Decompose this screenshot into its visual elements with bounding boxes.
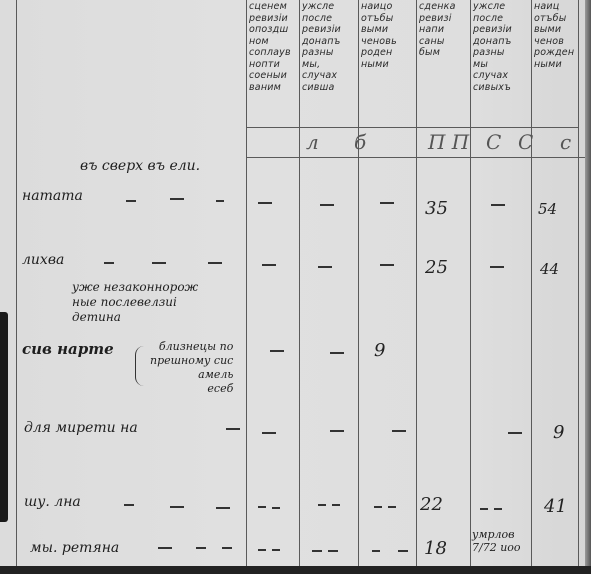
row-7-dash bbox=[196, 547, 206, 549]
row-label-1: натата bbox=[22, 188, 83, 204]
row-1-value-1 bbox=[320, 204, 334, 206]
row-7-dash bbox=[158, 547, 172, 549]
row-6-value-5b bbox=[494, 508, 502, 510]
row-label-2: лихва bbox=[22, 252, 64, 268]
column-letter-5: С bbox=[518, 130, 533, 154]
row-label-7: мы. ретяна bbox=[30, 540, 119, 556]
row-2-value-6: 44 bbox=[540, 260, 559, 278]
column-letter-2: б bbox=[354, 130, 366, 154]
document-page: сценем ревизіи опоздш ном соплаув нопти … bbox=[0, 0, 591, 566]
row-6-value-6: 41 bbox=[544, 496, 567, 517]
row-7-value-0b bbox=[272, 549, 280, 551]
header-col-4: сденка ревизі напи саны бым bbox=[417, 0, 470, 126]
row-6-value-4: 22 bbox=[420, 494, 443, 515]
scan-edge-shadow-left bbox=[0, 312, 8, 522]
row-1-value-4: 35 bbox=[425, 198, 448, 219]
column-divider-6 bbox=[578, 0, 579, 566]
bracket-brace bbox=[135, 346, 144, 386]
row-4-value-1 bbox=[330, 352, 344, 354]
row-label-4: сив нарте bbox=[22, 340, 114, 358]
row-5-value-2 bbox=[392, 430, 406, 432]
row-6-value-1b bbox=[332, 504, 340, 506]
row-2-value-2 bbox=[380, 264, 394, 266]
section-heading: въ сверх въ ели. bbox=[80, 158, 200, 174]
row-6-value-0b bbox=[272, 507, 280, 509]
left-margin-line bbox=[16, 0, 17, 566]
row-4-value-0 bbox=[270, 350, 284, 352]
row-1-value-5 bbox=[491, 204, 505, 206]
row-7-value-2 bbox=[372, 550, 380, 552]
row-1-dash bbox=[170, 198, 184, 200]
header-col-5: ужсле после ревизіи донапъ разны мы случ… bbox=[471, 0, 531, 126]
row-7-note: умрлов 7/72 иоо bbox=[472, 528, 521, 554]
row-1-dash bbox=[258, 202, 272, 204]
row-7-value-1b bbox=[328, 550, 338, 552]
row-1-value-6: 54 bbox=[538, 200, 557, 218]
row-2-value-0 bbox=[262, 264, 276, 266]
row-2-dash bbox=[152, 262, 166, 264]
row-label-5: для мирети на bbox=[24, 420, 138, 436]
row-6-value-2 bbox=[374, 506, 382, 508]
header-col-3: наицо отъбы выми ченовь роден ными bbox=[359, 0, 416, 126]
bracket-note: близнецы по прешному сис амель есеб bbox=[150, 340, 233, 396]
row-7-value-1 bbox=[312, 550, 322, 552]
row-6-value-5 bbox=[480, 508, 488, 510]
row-2-dash bbox=[208, 262, 222, 264]
scan-edge-shadow-right bbox=[585, 0, 591, 566]
row-7-dash bbox=[222, 547, 232, 549]
row-6-value-2b bbox=[388, 506, 396, 508]
row-6-dash bbox=[170, 506, 184, 508]
row-5-value-6: 9 bbox=[553, 422, 564, 443]
row-label-6: шу. лна bbox=[24, 494, 81, 510]
column-letter-3: П П bbox=[428, 130, 469, 154]
row-7-value-4: 18 bbox=[424, 538, 447, 559]
row-5-value-0 bbox=[262, 432, 276, 434]
header-col-6: наиц отъбы выми ченов рожден ными bbox=[532, 0, 578, 126]
row-1-value-2 bbox=[380, 202, 394, 204]
row-4-value-2: 9 bbox=[374, 340, 385, 361]
column-letter-6: с bbox=[560, 130, 571, 154]
row-1-dash bbox=[216, 200, 224, 202]
row-6-dash bbox=[124, 504, 134, 506]
row-6-value-1 bbox=[318, 504, 326, 506]
row-2-value-5 bbox=[490, 266, 504, 268]
scan-bottom-border bbox=[0, 566, 591, 574]
row-2-value-4: 25 bbox=[425, 257, 448, 278]
row-1-dash bbox=[126, 200, 136, 202]
row-5-value-4 bbox=[508, 432, 522, 434]
row-5-dash bbox=[226, 428, 240, 430]
row-6-value-0 bbox=[258, 506, 266, 508]
row-5-value-1 bbox=[330, 430, 344, 432]
header-col-1: сценем ревизіи опоздш ном соплаув нопти … bbox=[247, 0, 299, 126]
row-7-value-0 bbox=[258, 549, 266, 551]
header-col-2: ужсле после ревизіи донапъ разны мы, слу… bbox=[300, 0, 358, 126]
row-2-value-1 bbox=[318, 266, 332, 268]
row-7-value-2b bbox=[398, 550, 408, 552]
row-6-dash bbox=[216, 507, 230, 509]
column-letter-row: л б П П С С с bbox=[246, 128, 578, 158]
row-2-dash bbox=[104, 262, 114, 264]
column-letter-1: л bbox=[306, 130, 319, 154]
row-label-3: уже незаконнорож ные послевелзиі детина bbox=[72, 280, 198, 325]
column-letter-4: С bbox=[486, 130, 501, 154]
